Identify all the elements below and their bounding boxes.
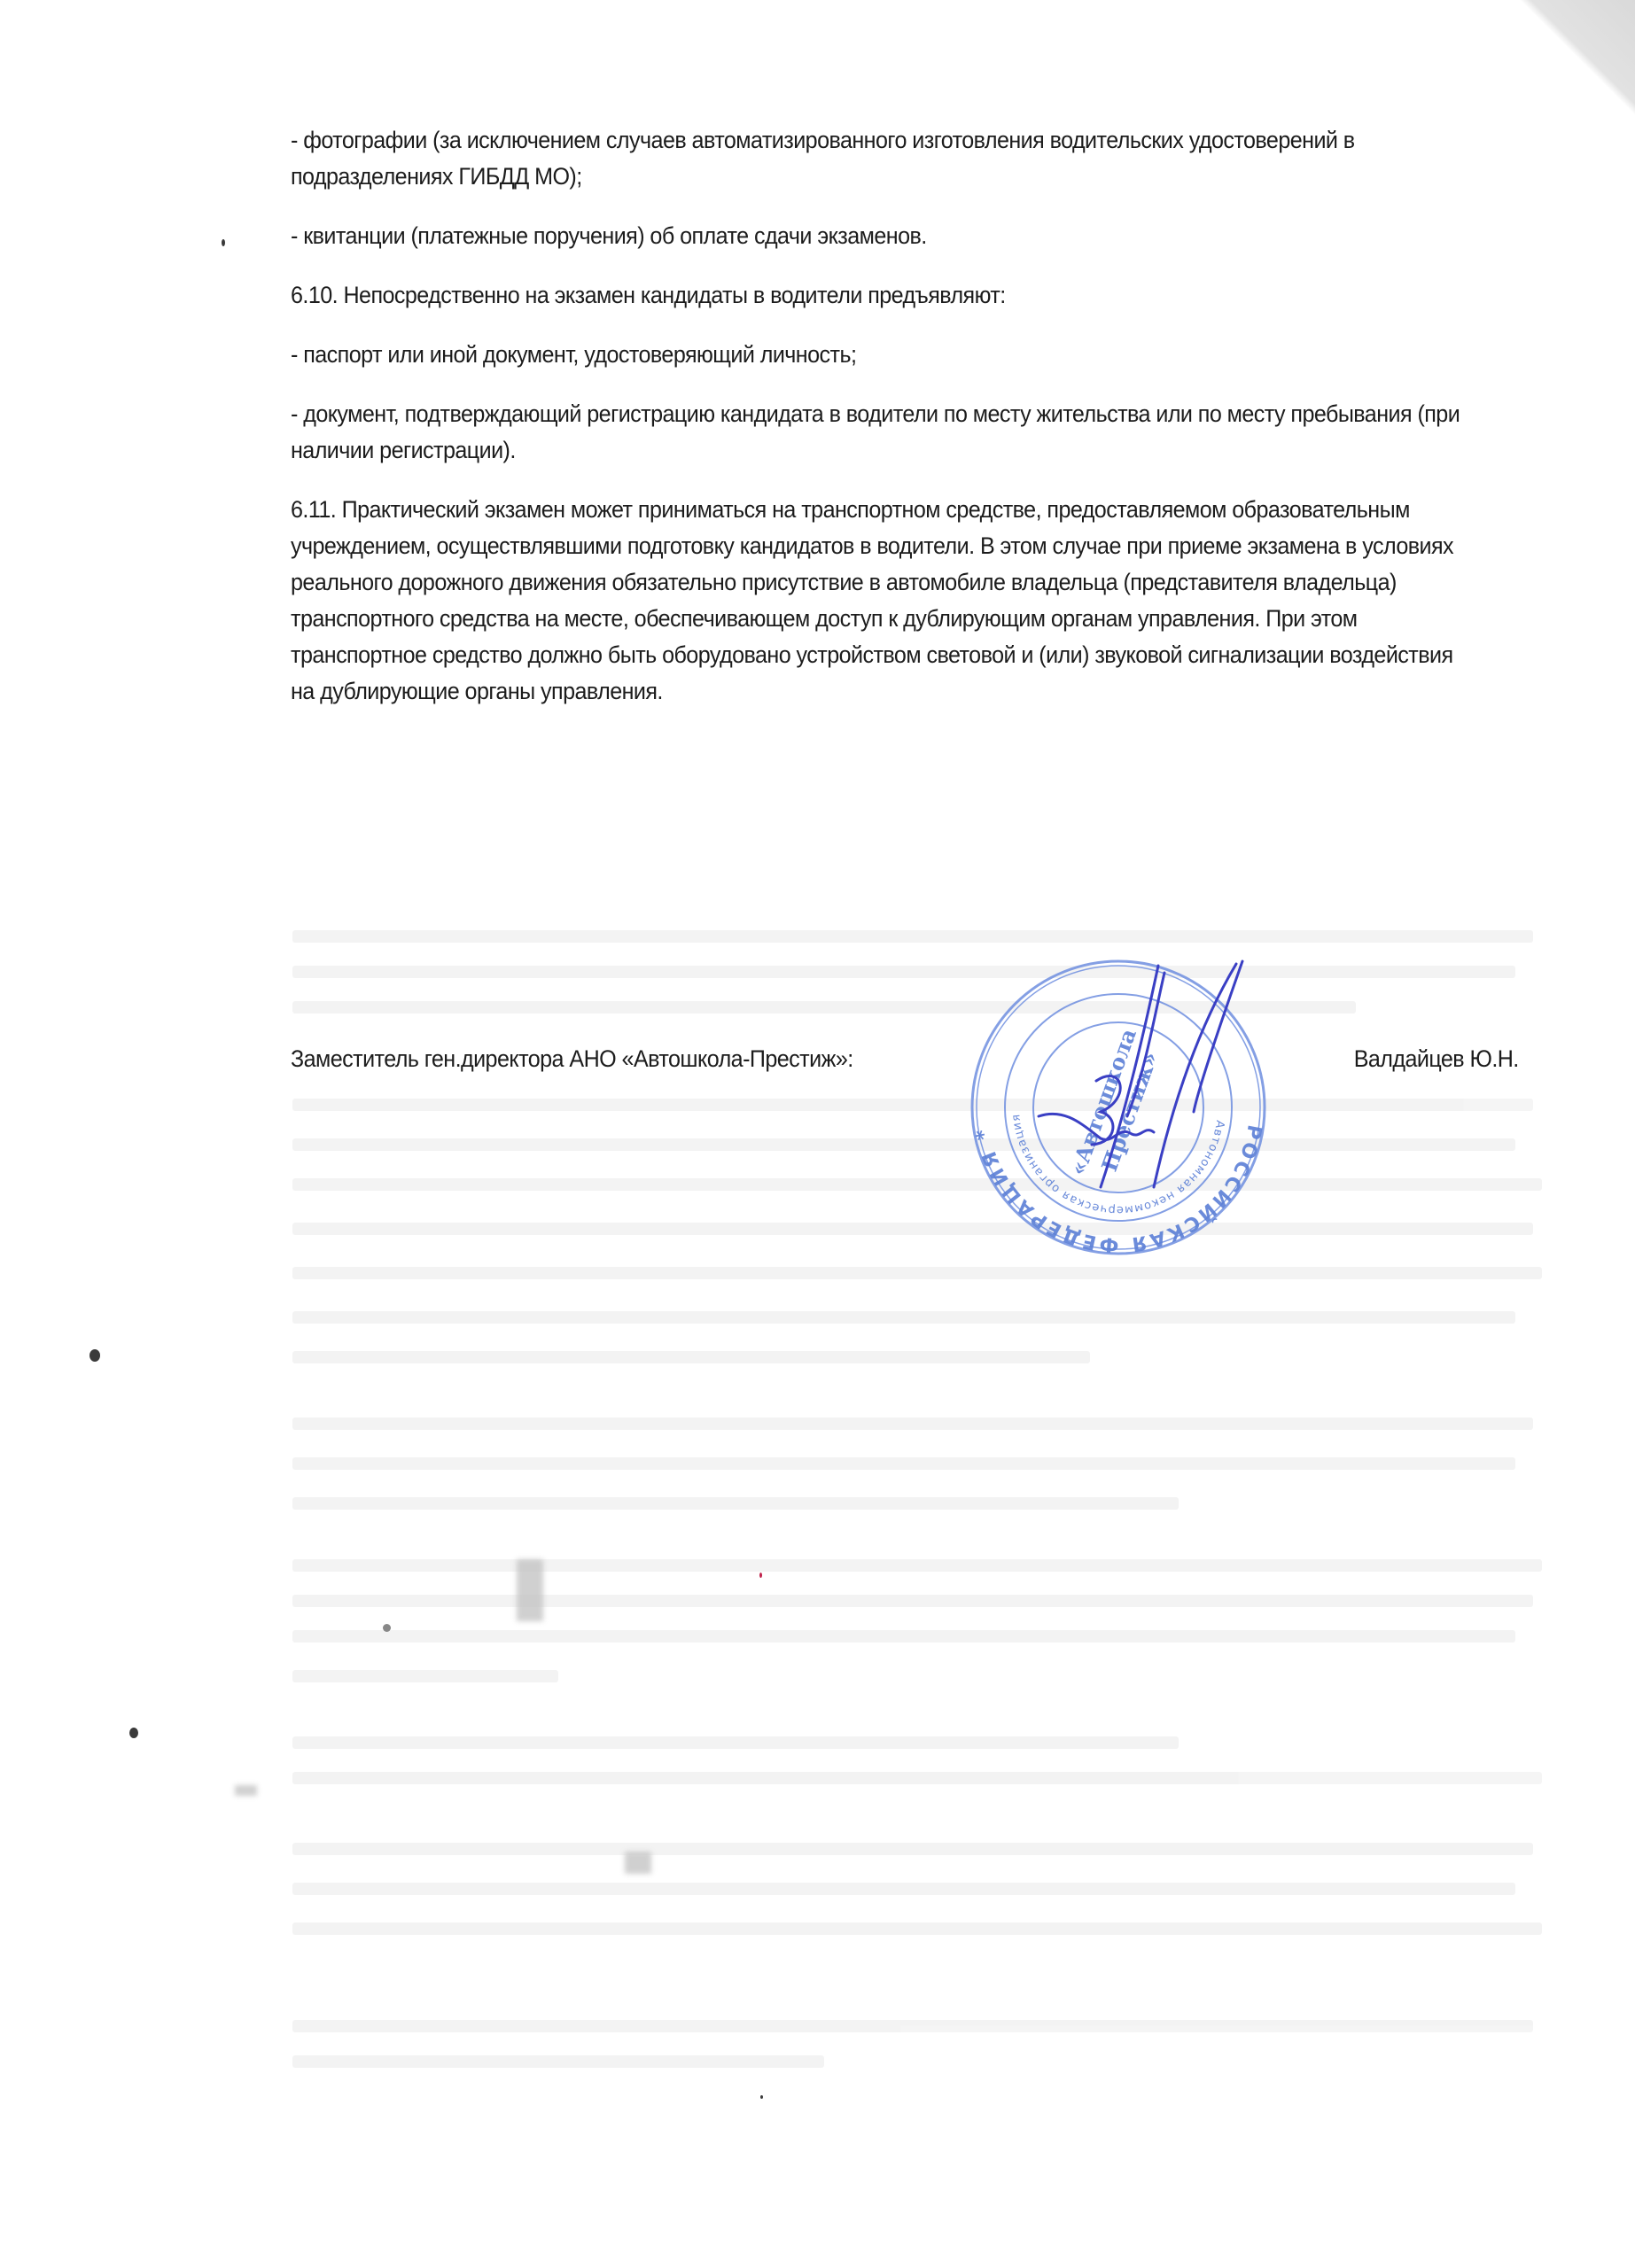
paragraph-passport: - паспорт или иной документ, удостоверяю… [291,337,1461,373]
scan-speck [129,1728,138,1738]
paragraph-section-6-11: 6.11. Практический экзамен может принима… [291,492,1461,710]
paragraph-section-6-10: 6.10. Непосредственно на экзамен кандида… [291,277,1461,314]
signatory-position: Заместитель ген.директора АНО «Автошкола… [291,1045,853,1073]
stamp-seal-icon: РОССИЙСКАЯ ФЕДЕРАЦИЯ * Московская област… [968,957,1269,1258]
scan-smudge [235,1785,257,1796]
scan-speck [90,1349,100,1362]
signatory-name: Валдайцев Ю.Н. [1354,1045,1519,1073]
scan-speck [383,1624,391,1632]
paragraph-registration: - документ, подтверждающий регистрацию к… [291,396,1461,469]
scan-smudge [517,1559,543,1621]
paragraph-receipts: - квитанции (платежные поручения) об опл… [291,218,1461,254]
page-curl-corner [1520,0,1635,115]
scan-smudge [625,1852,651,1874]
scan-speck [222,239,225,246]
paragraph-photos: - фотографии (за исключением случаев авт… [291,122,1461,195]
scan-speck [759,1573,762,1578]
scan-speck [760,2095,763,2099]
document-body: - фотографии (за исключением случаев авт… [291,122,1461,733]
